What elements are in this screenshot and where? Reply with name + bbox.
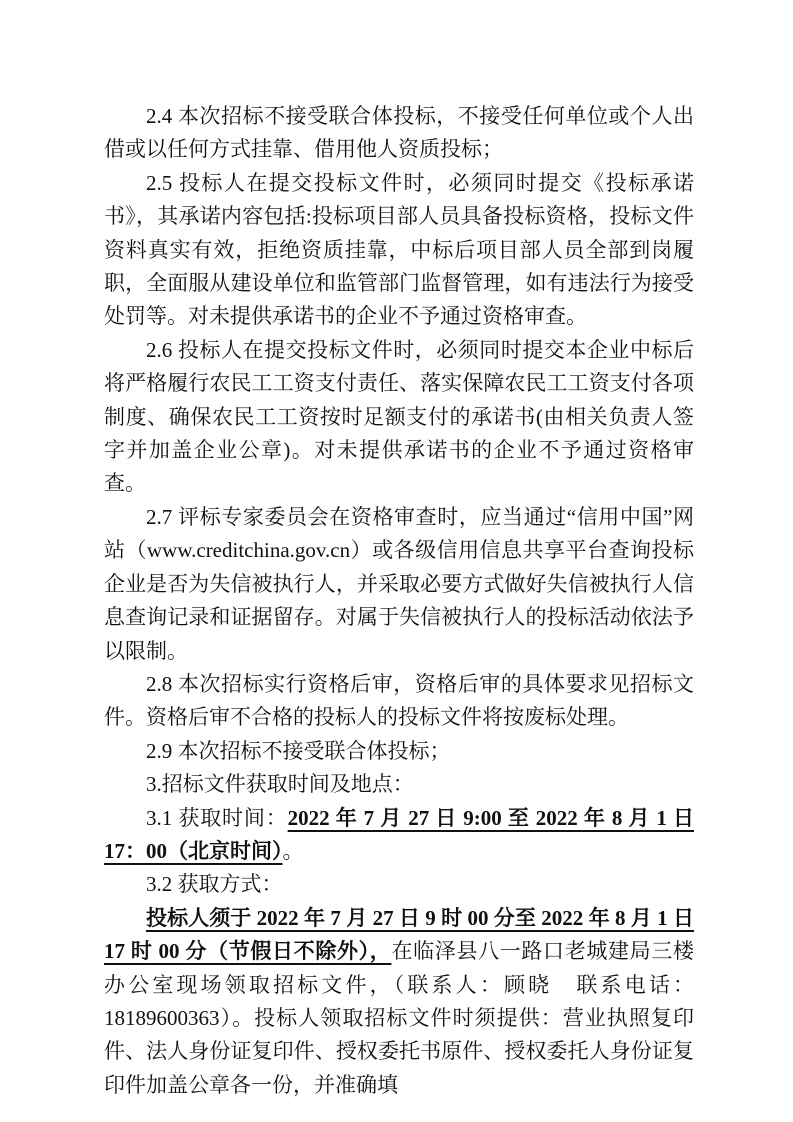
paragraph-clause-2-9: 2.9 本次招标不接受联合体投标； [104, 735, 694, 768]
paragraph-section-3-heading: 3.招标文件获取时间及地点： [104, 768, 694, 801]
clause-3-1-label: 3.1 获取时间： [146, 806, 288, 830]
clause-2-4-text: 2.4 本次招标不接受联合体投标，不接受任何单位或个人出借或以任何方式挂靠、借用… [104, 104, 694, 161]
document-page: 2.4 本次招标不接受联合体投标，不接受任何单位或个人出借或以任何方式挂靠、借用… [0, 0, 793, 1122]
paragraph-clause-3-2-detail: 投标人须于 2022 年 7 月 27 日 9 时 00 分至 2022 年 8… [104, 902, 694, 1102]
clause-2-9-text: 2.9 本次招标不接受联合体投标； [146, 739, 451, 763]
paragraph-clause-2-6: 2.6 投标人在提交投标文件时，必须同时提交本企业中标后将严格履行农民工工资支付… [104, 334, 694, 501]
section-3-heading-text: 3.招标文件获取时间及地点： [146, 772, 414, 796]
clause-2-8-text: 2.8 本次招标实行资格后审，资格后审的具体要求见招标文件。资格后审不合格的投标… [104, 672, 694, 729]
clause-2-7-text: 2.7 评标专家委员会在资格审查时，应当通过“信用中国”网站（www.credi… [104, 505, 694, 663]
clause-3-2-label: 3.2 获取方式： [146, 872, 283, 896]
paragraph-clause-2-5: 2.5 投标人在提交投标文件时，必须同时提交《投标承诺书》，其承诺内容包括:投标… [104, 167, 694, 334]
document-body: 2.4 本次招标不接受联合体投标，不接受任何单位或个人出借或以任何方式挂靠、借用… [104, 100, 694, 1102]
paragraph-clause-3-1: 3.1 获取时间：2022 年 7 月 27 日 9:00 至 2022 年 8… [104, 802, 694, 869]
paragraph-clause-3-2: 3.2 获取方式： [104, 868, 694, 901]
clause-2-5-text: 2.5 投标人在提交投标文件时，必须同时提交《投标承诺书》，其承诺内容包括:投标… [104, 171, 694, 329]
clause-2-6-text: 2.6 投标人在提交投标文件时，必须同时提交本企业中标后将严格履行农民工工资支付… [104, 338, 694, 496]
clause-3-1-period: 。 [283, 839, 304, 863]
paragraph-clause-2-7: 2.7 评标专家委员会在资格审查时，应当通过“信用中国”网站（www.credi… [104, 501, 694, 668]
paragraph-clause-2-8: 2.8 本次招标实行资格后审，资格后审的具体要求见招标文件。资格后审不合格的投标… [104, 668, 694, 735]
paragraph-clause-2-4: 2.4 本次招标不接受联合体投标，不接受任何单位或个人出借或以任何方式挂靠、借用… [104, 100, 694, 167]
